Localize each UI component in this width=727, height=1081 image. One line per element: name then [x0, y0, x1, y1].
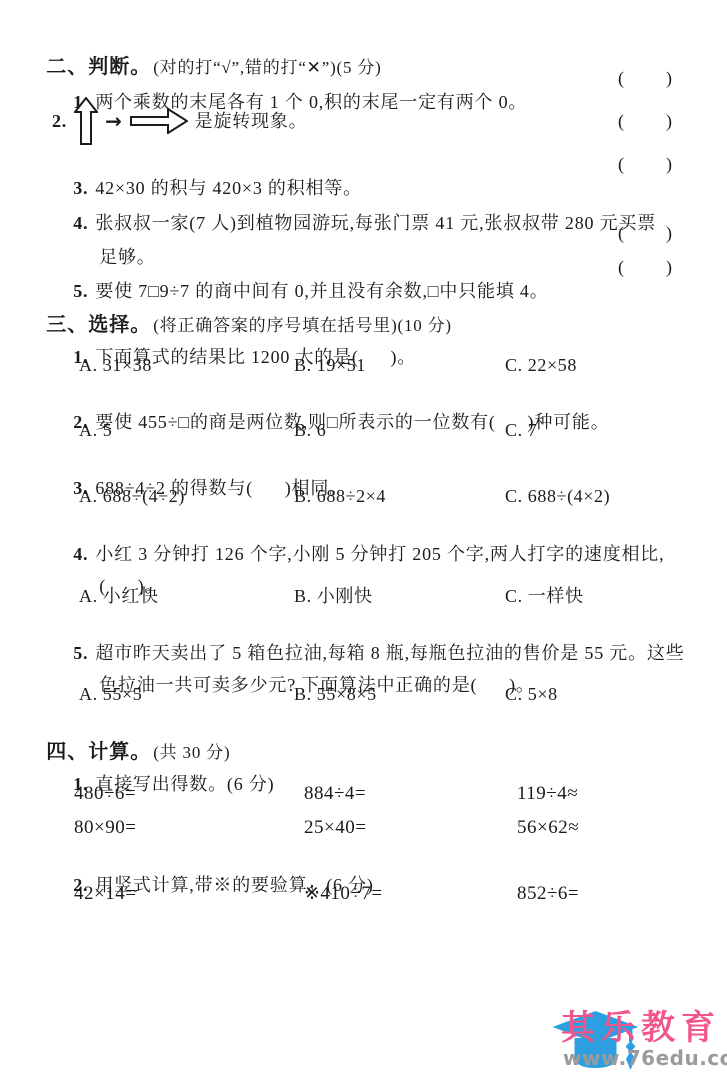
bracket-open: (	[618, 255, 624, 279]
option-c[interactable]: C. 688÷(4×2)	[505, 484, 610, 508]
option-b[interactable]: B. 小刚快	[294, 584, 505, 608]
bracket-open: (	[618, 152, 624, 176]
bracket-close: )	[666, 66, 672, 90]
item-text: 张叔叔一家(7 人)到植物园游玩,每张门票 41 元,张叔叔带 280 元买票	[95, 213, 656, 233]
judge-item-2: 2. → 是旋转现象。	[52, 95, 307, 147]
option-a[interactable]: A. 55×5	[79, 682, 294, 706]
calc-expression[interactable]: 884÷4=	[304, 782, 517, 806]
bracket-open: (	[618, 66, 624, 90]
calc-expression[interactable]: 25×40=	[304, 816, 517, 840]
brand-url[interactable]: www.76edu.com	[563, 1046, 727, 1070]
exam-paper-page: 二、判断。(对的打“√”,错的打“✕”)(5 分) 1.两个乘数的末尾各有 1 …	[0, 0, 727, 1081]
option-b[interactable]: B. 688÷2×4	[294, 484, 505, 508]
answer-bracket-5[interactable]: ()	[618, 255, 672, 279]
bracket-close: )	[666, 152, 672, 176]
calc-row-1: 480÷6= 884÷4= 119÷4≈	[74, 782, 578, 806]
bracket-close: )	[666, 109, 672, 133]
answer-bracket-1[interactable]: ()	[618, 66, 672, 90]
calc-expression[interactable]: 80×90=	[74, 816, 304, 840]
calc-expression[interactable]: 119÷4≈	[517, 782, 578, 806]
choice-item-3-options: A. 688÷(4÷2) B. 688÷2×4 C. 688÷(4×2)	[79, 484, 610, 508]
bracket-close: )	[666, 255, 672, 279]
answer-bracket-2[interactable]: ()	[618, 109, 672, 133]
bracket-close: )	[666, 221, 672, 245]
bracket-open: (	[618, 221, 624, 245]
calc-expression[interactable]: 852÷6=	[517, 882, 579, 906]
item-text: 小红 3 分钟打 126 个字,小刚 5 分钟打 205 个字,两人打字的速度相…	[95, 544, 664, 564]
bracket-open: (	[618, 109, 624, 133]
calc-expression[interactable]: 480÷6=	[74, 782, 304, 806]
option-b[interactable]: B. 6	[294, 418, 505, 442]
calc-row-3: 42×14= ※410÷7= 852÷6=	[74, 882, 579, 906]
calc-expression[interactable]: ※410÷7=	[304, 882, 517, 906]
option-c[interactable]: C. 7	[505, 418, 537, 442]
option-c[interactable]: C. 22×58	[505, 353, 577, 377]
brand-name: 其乐教育	[561, 1009, 721, 1047]
calc-row-2: 80×90= 25×40= 56×62≈	[74, 816, 579, 840]
calc-expression[interactable]: 42×14=	[74, 882, 304, 906]
right-block-arrow-icon	[130, 108, 188, 134]
choice-item-5-options: A. 55×5 B. 55×8×5 C. 5×8	[79, 682, 558, 706]
answer-bracket-4[interactable]: ()	[618, 221, 672, 245]
choice-item-1-options: A. 31×38 B. 19×51 C. 22×58	[79, 353, 577, 377]
item-text: 是旋转现象。	[195, 95, 308, 147]
option-c[interactable]: C. 5×8	[505, 682, 558, 706]
option-c[interactable]: C. 一样快	[505, 584, 584, 608]
option-a[interactable]: A. 小红快	[79, 584, 294, 608]
choice-item-4-options: A. 小红快 B. 小刚快 C. 一样快	[79, 584, 584, 608]
option-b[interactable]: B. 55×8×5	[294, 682, 505, 706]
option-a[interactable]: A. 31×38	[79, 353, 294, 377]
option-b[interactable]: B. 19×51	[294, 353, 505, 377]
up-arrow-icon	[74, 97, 98, 145]
option-a[interactable]: A. 5	[79, 418, 294, 442]
transform-arrow-icon: →	[105, 95, 123, 147]
option-a[interactable]: A. 688÷(4÷2)	[79, 484, 294, 508]
calc-expression[interactable]: 56×62≈	[517, 816, 579, 840]
choice-item-2-options: A. 5 B. 6 C. 7	[79, 418, 537, 442]
answer-bracket-3[interactable]: ()	[618, 152, 672, 176]
item-number: 2.	[52, 95, 67, 147]
